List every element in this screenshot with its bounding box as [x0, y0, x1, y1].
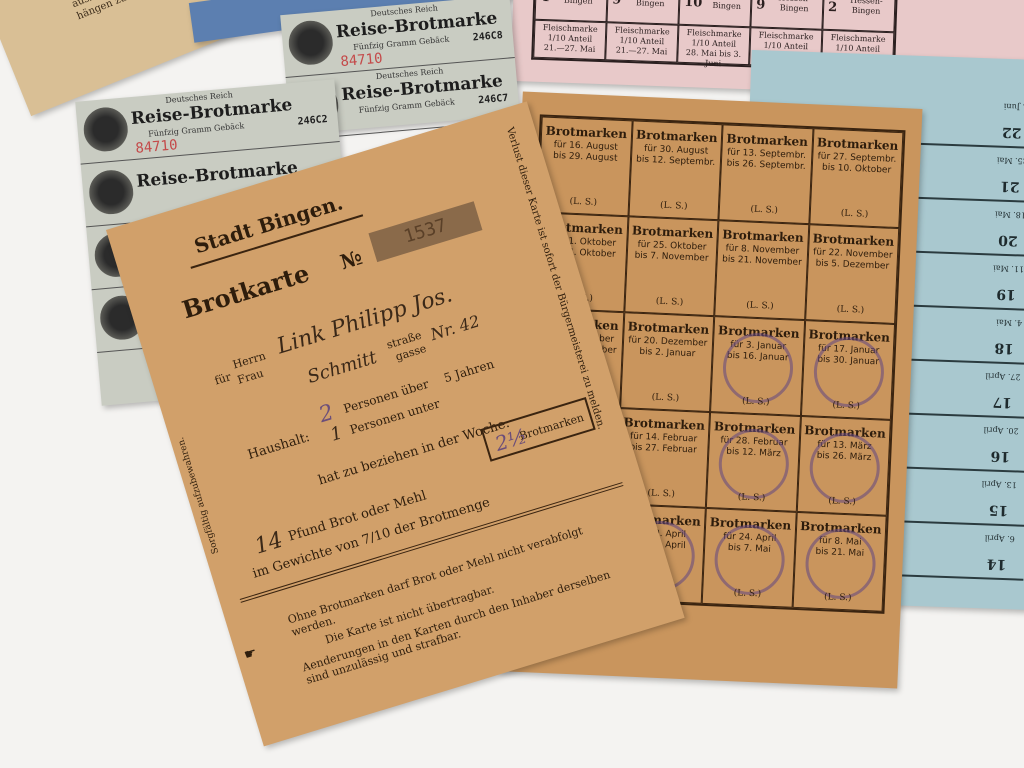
meat-coupon: 9Hessen-Bingen — [750, 0, 823, 30]
coupon-header: Brotmarken — [628, 223, 717, 241]
coupon-dates: für 8. Novemberbis 21. November — [717, 243, 806, 269]
coupon-seal-label: (L. S.) — [716, 299, 805, 313]
coupon-dates: für 25. Oktoberbis 7. November — [627, 239, 716, 265]
coupon-seal-label: (L. S.) — [711, 395, 800, 409]
holder-name: Link Philipp Jos. — [274, 282, 455, 359]
brotmarken-coupon: Brotmarkenfür 17. Januarbis 30. Januar(L… — [800, 320, 895, 420]
coupon-seal-label: (L. S.) — [798, 495, 887, 509]
left-side-notice: Sorgfältig aufzubewahren. — [176, 436, 221, 555]
brotmarken-coupon: Brotmarkenfür 13. Septembr.bis 26. Septe… — [718, 124, 813, 224]
coupon-dates: für 27. Septembr.bis 10. Oktober — [812, 151, 901, 177]
coupon-header: Brotmarken — [813, 135, 902, 153]
marks-count: 2½ — [491, 419, 532, 461]
coupon-seal-label: (L. S.) — [629, 199, 718, 213]
brotmarken-coupon: Brotmarkenfür 27. Septembr.bis 10. Oktob… — [809, 128, 904, 228]
street-name: Schmitt — [305, 347, 379, 388]
card-number: 1537 — [368, 201, 482, 262]
brotmarken-coupon: Brotmarkenfür 30. Augustbis 12. Septembr… — [628, 120, 723, 220]
city-heading: Stadt Bingen. — [191, 190, 345, 258]
meat-coupon: Fleischmarke1/10 Anteil28. Mai bis 3. Ju… — [677, 25, 750, 65]
brotmarken-coupon: Brotmarkenfür 24. Aprilbis 7. Mai(L. S.) — [702, 508, 797, 608]
stamp-code: 246C2 — [297, 114, 328, 128]
salutation-prefix: für — [213, 370, 233, 387]
persons-under-count: 1 — [328, 422, 345, 445]
imperial-eagle-icon — [82, 106, 130, 154]
pointing-hand-icon: ☛ — [242, 645, 259, 664]
number-label: № — [337, 245, 365, 274]
imperial-eagle-icon — [87, 168, 135, 216]
coupon-dates: für 16. Augustbis 29. August — [541, 139, 630, 165]
marks-label: Brotmarken — [518, 411, 586, 443]
stamp-code: 246C7 — [478, 93, 509, 107]
brotmarken-coupon: Brotmarkenfür 22. Novemberbis 5. Dezembe… — [805, 224, 900, 324]
coupon-header: Brotmarken — [624, 319, 713, 337]
brotmarken-coupon: Brotmarkenfür 25. Oktoberbis 7. November… — [624, 216, 719, 316]
imperial-eagle-icon — [287, 19, 335, 67]
coupon-header: Brotmarken — [632, 127, 721, 145]
coupon-seal-label: (L. S.) — [810, 207, 899, 221]
coupon-seal-label: (L. S.) — [802, 399, 891, 413]
brotmarken-coupon: Brotmarkenfür 28. Februarbis 12. März(L.… — [706, 412, 801, 512]
brotmarken-coupon: Brotmarkenfür 8. Novemberbis 21. Novembe… — [714, 220, 809, 320]
coupon-seal-label: (L. S.) — [625, 295, 714, 309]
coupon-header: Brotmarken — [809, 231, 898, 249]
stamp-serial: 84710 — [135, 137, 178, 157]
coupon-dates: für 22. Novemberbis 5. Dezember — [808, 247, 897, 273]
brotmarken-coupon: Brotmarkenfür 13. Märzbis 26. März(L. S.… — [796, 416, 891, 516]
coupon-seal-label: (L. S.) — [793, 591, 882, 605]
brotmarken-coupon: Brotmarkenfür 20. Dezemberbis 2. Januar(… — [620, 312, 715, 412]
coupon-seal-label: (L. S.) — [621, 391, 710, 405]
milk-coupon: 6. April14 — [883, 522, 1024, 581]
brotmarken-coupon: Brotmarkenfür 3. Januarbis 16. Januar(L.… — [710, 316, 805, 416]
marks-box: 2½ Brotmarken — [481, 397, 596, 462]
meat-coupon: 9Hessen-Bingen — [607, 0, 680, 25]
meat-coupon: 10Hessen-Bingen — [678, 0, 751, 27]
pounds-count: 14 — [252, 528, 286, 560]
coupon-seal-label: (L. S.) — [806, 303, 895, 317]
age-label: 5 Jahren — [442, 357, 496, 386]
coupon-seal-label: (L. S.) — [707, 491, 796, 505]
meat-coupon: Fleischmarke1/10 Anteil21.—27. Mai — [605, 22, 678, 62]
coupon-dates: für 30. Augustbis 12. Septembr. — [631, 143, 720, 169]
household-label: Haushalt: — [246, 430, 312, 463]
coupon-seal-label: (L. S.) — [720, 203, 809, 217]
meat-coupon: 4Hessen-Bingen — [535, 0, 608, 22]
house-number: Nr. 42 — [428, 311, 482, 344]
meat-coupon: Fleischmarke1/10 Anteil21.—27. Mai — [533, 20, 606, 60]
meat-coupon: 2Hessen-Bingen — [822, 0, 895, 32]
stamp-code: 246C8 — [472, 30, 503, 44]
coupon-header: Brotmarken — [542, 123, 631, 141]
card-title: Brotkarte — [179, 258, 313, 324]
coupon-header: Brotmarken — [620, 415, 709, 433]
coupon-dates: für 13. Septembr.bis 26. Septembr. — [722, 147, 811, 173]
stamp-serial: 84710 — [340, 51, 383, 71]
coupon-seal-label: (L. S.) — [703, 587, 792, 601]
brotmarken-coupon: Brotmarkenfür 8. Maibis 21. Mai(L. S.) — [792, 512, 887, 612]
coupon-dates: für 20. Dezemberbis 2. Januar — [623, 335, 712, 361]
coupon-header: Brotmarken — [723, 131, 812, 149]
coupon-header: Brotmarken — [718, 227, 807, 245]
weekly-label: hat zu beziehen in der Woche: — [317, 416, 512, 489]
